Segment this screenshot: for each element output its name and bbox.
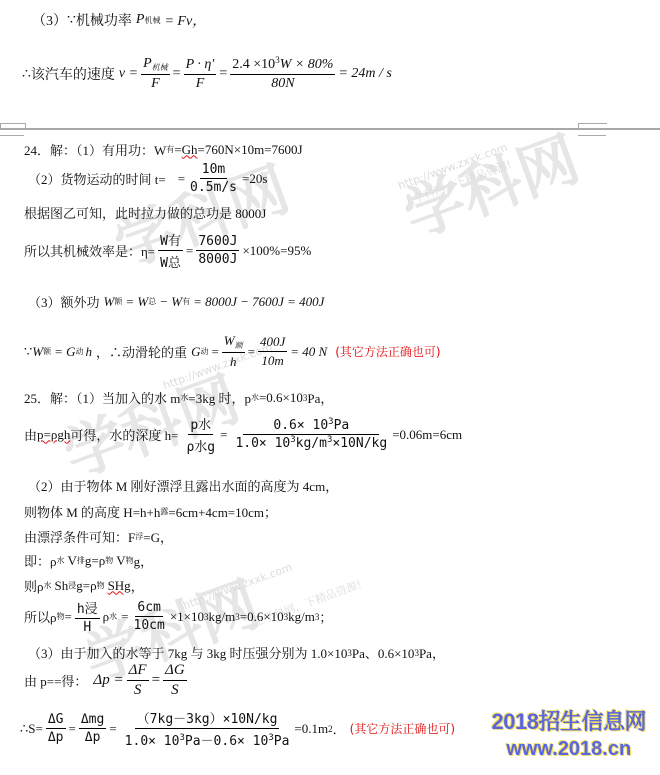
q24-total-work: 根据图乙可知，此时拉力做的总功是 8000J xyxy=(24,203,266,222)
var-P: P xyxy=(136,12,145,28)
fraction: W有 W总 xyxy=(158,230,183,271)
part-label: （3） xyxy=(32,10,67,30)
formula-pgh: p=ρgh xyxy=(37,427,70,443)
text: 该汽车的速度 xyxy=(31,64,115,84)
page-corner-mark xyxy=(578,135,606,136)
fraction: P · η′ F xyxy=(184,57,217,92)
fraction: h浸 H xyxy=(75,598,100,635)
text: 机械功率 xyxy=(76,10,132,30)
q24-efficiency-line: 所以其机械效率是：η= W有 W总 = 7600J 8000J ×100%=95… xyxy=(24,230,311,271)
q25-part3-line: （3）由于加入的水等于 7kg 与 3kg 时压强分别为 1.0×103Pa、0… xyxy=(28,643,445,662)
q25-part2-line3: 由漂浮条件可知：F浮=G， xyxy=(24,527,173,546)
page-corner-mark xyxy=(0,135,24,136)
formula-gh: Gh xyxy=(182,142,198,158)
q25-area-line: ∴S= ΔG Δp = Δmg Δp = （7kg－3kg）×10N/kg 1.… xyxy=(20,708,455,749)
q25-part2-line1: （2）由于物体 M 刚好漂浮且露出水面的高度为 4cm， xyxy=(28,476,338,495)
site-logo-watermark: 2018招生信息网 www.2018.cn xyxy=(492,705,646,761)
fraction: P机械 F xyxy=(141,56,170,92)
page-corner-mark xyxy=(578,123,607,129)
formula: v = xyxy=(119,66,138,82)
q25-part2-line2: 则物体 M 的高度 H=h+h露=6cm+4cm=10cm； xyxy=(24,502,277,521)
watermark-big: 学科网 xyxy=(391,112,590,254)
fraction: 0.6× 103Pa 1.0× 103kg/m3×10N/kg xyxy=(233,418,389,451)
fraction: 400J 10m xyxy=(258,334,287,369)
fraction: 2.4 ×103W × 80% 80N xyxy=(230,57,335,92)
fraction: 10m 0.5m/s xyxy=(188,162,239,195)
q25-density-line: 所以ρ物 = h浸 H ρ水 = 6cm 10cm ×1×103 kg/m3=0… xyxy=(24,598,332,635)
formula: = Fv， xyxy=(164,10,206,30)
alternative-method-note: (其它方法正确也可) xyxy=(350,720,455,737)
q24-time-line: （2）货物运动的时间 t= = 10m 0.5m/s =20s xyxy=(28,162,267,195)
sub: 机械 xyxy=(144,15,160,26)
fraction: p水 ρ水g xyxy=(184,414,217,455)
because-symbol: ∵ xyxy=(67,12,76,29)
q25-dp-line: 由 p==得： Δp = ΔF S = ΔG S xyxy=(24,662,190,699)
alternative-method-note: (其它方法正确也可) xyxy=(335,343,440,360)
q25-depth-line: 由 p=ρgh 可得，水的深度 h= p水 ρ水g = 0.6× 103Pa 1… xyxy=(24,414,462,455)
page-break-line xyxy=(0,128,660,130)
q25-header: 25．解：（1）当加入的水 m水=3kg 时，p水=0.6×103Pa， xyxy=(24,388,333,407)
fraction: 7600J 8000J xyxy=(196,234,239,267)
q24-extra-work: （3）额外功 W额 = W总 − W有 = 8000J − 7600J = 40… xyxy=(28,292,324,311)
formula-shg: SHg xyxy=(108,578,131,594)
watermark-url: http://www.zxxk.com xyxy=(396,141,509,193)
watermark-slogan: 上学科网，下精品资源! xyxy=(401,156,514,210)
q24-header: 24．解：（1）有用功：W有=Gh=760N×10m=7600J xyxy=(24,140,303,159)
fraction: 6cm 10cm xyxy=(132,600,167,633)
fraction: ΔF S xyxy=(127,662,149,699)
result: = 24m / s xyxy=(338,66,391,82)
q25-part2-line4: 即：ρ水 V排 g=ρ物 V物 g， xyxy=(24,551,153,570)
fraction: Δmg Δp xyxy=(79,712,106,745)
q23-power-line: （3） ∵ 机械功率 P机械 = Fv， xyxy=(32,10,206,30)
fraction: W额 h xyxy=(222,333,245,370)
q25-part2-line5: 则ρ水 Sh浸 g=ρ物 SHg ， xyxy=(24,576,144,595)
page-corner-mark xyxy=(0,123,26,129)
therefore-symbol: ∴ xyxy=(22,66,31,83)
fraction: ΔG Δp xyxy=(46,712,66,745)
fraction: （7kg－3kg）×10N/kg 1.0× 103Pa－0.6× 103Pa xyxy=(123,708,292,749)
q23-speed-line: ∴ 该汽车的速度 v = P机械 F = P · η′ F = 2.4 ×103… xyxy=(22,56,392,92)
q24-pulley-weight: ∵ W额 = G动 h ，∴动滑轮的重 G动 = W额 h = 400J 10m… xyxy=(24,333,441,370)
fraction: ΔG S xyxy=(163,662,187,699)
logo-title: 2018招生信息网 xyxy=(492,705,646,736)
logo-url: www.2018.cn xyxy=(492,738,646,761)
